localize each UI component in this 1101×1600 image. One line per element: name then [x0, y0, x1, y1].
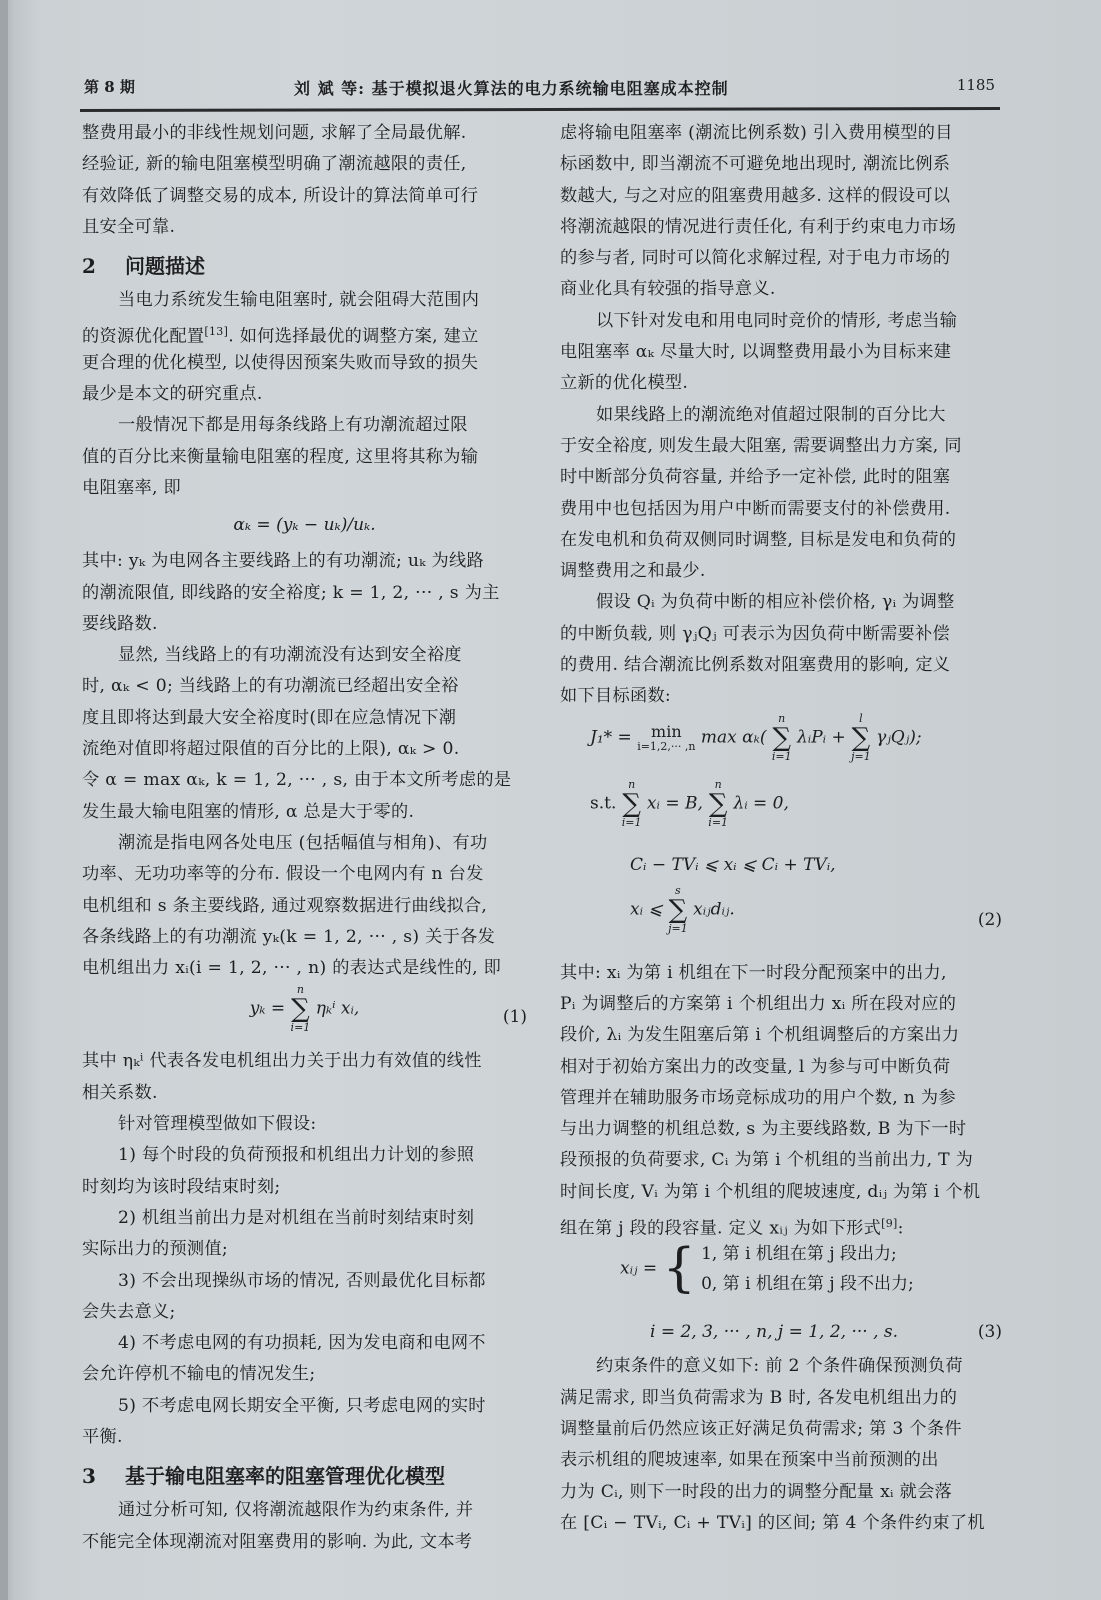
sum-lower: j=1 [851, 750, 871, 763]
text-line: 值的百分比来衡量输电阻塞的程度, 这里将其称为输 [82, 442, 527, 473]
equation-1: yₖ = n ∑ i=1 ηₖⁱ xᵢ, (1) [82, 984, 527, 1046]
sum-lower: i=1 [708, 816, 728, 829]
text-line: 流绝对值即将超过限值的百分比的上限), αₖ > 0. [82, 734, 527, 765]
constraint-4-lhs: xᵢ ⩽ [630, 899, 663, 919]
text-line: 其中: yₖ 为电网各主要线路上的有功潮流; uₖ 为线路 [82, 546, 527, 577]
text-line: 段价, λᵢ 为发生阻塞后第 i 个机组调整后的方案出力 [560, 1020, 1002, 1051]
paragraph: 约束条件的意义如下: 前 2 个条件确保预测负荷 满足需求, 即当负荷需求为 B… [560, 1351, 1002, 1539]
text-line: 组在第 j 段的段容量. 定义 xᵢⱼ 为如下形式[9]: [560, 1208, 1002, 1239]
equation-number: (1) [503, 1002, 527, 1033]
text-line: 时, αₖ < 0; 当线路上的有功潮流已经超出安全裕 [82, 671, 527, 702]
sum-lower: j=1 [668, 922, 688, 935]
min-operator: min i=1,2,··· ,n [637, 723, 695, 753]
text-line: 会失去意义; [82, 1297, 527, 1328]
text-line: 以下针对发电和用电同时竞价的情形, 考虑当输 [560, 306, 1002, 337]
header-rule [80, 107, 1000, 112]
text-line: 针对管理模型做如下假设: [82, 1109, 527, 1140]
text-line: Pᵢ 为调整后的方案第 i 个机组出力 xᵢ 所在段对应的 [560, 989, 1002, 1020]
index-range: i = 2, 3, ··· , n, j = 1, 2, ··· , s. (3… [620, 1315, 1002, 1349]
text-line: 相对于初始方案出力的改变量, l 为参与可中断负荷 [560, 1052, 1002, 1083]
sum-lower: i=1 [622, 816, 642, 829]
text-line: 的费用. 结合潮流比例系数对阻塞费用的影响, 定义 [560, 650, 1002, 681]
sigma-icon: ∑ [851, 725, 871, 751]
paragraph: 潮流是指电网各处电压 (包括幅值与相角)、有功 功率、无功功率等的分布. 假设一… [82, 828, 527, 984]
text-line: 电阻塞率 αₖ 尽量大时, 以调整费用最小为目标来建 [560, 337, 1002, 368]
constraint-2: λᵢ = 0, [733, 793, 788, 813]
text-line: 如果线路上的潮流绝对值超过限制的百分比大 [560, 400, 1002, 431]
text-line: 实际出力的预测值; [82, 1234, 527, 1265]
text-line: 时中断部分负荷容量, 并给予一定补偿, 此时的阻塞 [560, 462, 1002, 493]
page-number: 1185 [957, 76, 995, 94]
left-brace-icon: { [663, 1239, 696, 1299]
objective-max-term: max αₖ( [701, 727, 767, 747]
summation-symbol: s ∑ j=1 [668, 885, 688, 935]
left-column: 整费用最小的非线性规划问题, 求解了全局最优解. 经验证, 新的输电阻塞模型明确… [82, 118, 527, 1558]
summation-symbol: l ∑ j=1 [851, 713, 871, 763]
paragraph: 虑将输电阻塞率 (潮流比例系数) 引入费用模型的目 标函数中, 即当潮流不可避免… [560, 118, 1002, 306]
sigma-icon: ∑ [291, 996, 311, 1022]
paragraph: 其中: xᵢ 为第 i 机组在下一时段分配预案中的出力, Pᵢ 为调整后的方案第… [560, 958, 1002, 1240]
text-line: 于安全裕度, 则发生最大阻塞, 需要调整出力方案, 同 [560, 431, 1002, 462]
summation-symbol: n ∑ i=1 [622, 779, 642, 829]
text-line: 会允许停机不输电的情况发生; [82, 1359, 527, 1390]
objective-function: J₁* = min i=1,2,··· ,n max αₖ( n ∑ i=1 λ… [590, 713, 1002, 779]
paragraph: 一般情况下都是用每条线路上有功潮流超过限 值的百分比来衡量输电阻塞的程度, 这里… [82, 410, 527, 504]
text-span: : [898, 1219, 904, 1239]
equation-3: xᵢⱼ = { 1, 第 i 机组在第 j 段出力; 0, 第 i 机组在第 j… [560, 1239, 1002, 1351]
text-line: 其中 ηₖⁱ 代表各发电机组出力关于出力有效值的线性 [82, 1046, 527, 1077]
text-line: 调整费用之和最少. [560, 556, 1002, 587]
text-line: 经验证, 新的输电阻塞模型明确了潮流越限的责任, [82, 149, 527, 180]
citation-9[interactable]: [9] [881, 1217, 897, 1230]
section-title: 基于输电阻塞率的阻塞管理优化模型 [125, 1464, 445, 1488]
paragraph: 其中: yₖ 为电网各主要线路上的有功潮流; uₖ 为线路 的潮流限值, 即线路… [82, 546, 527, 640]
scanned-page: 第 8 期 刘 斌 等: 基于模拟退火算法的电力系统输电阻塞成本控制 1185 … [0, 0, 1101, 1600]
cases: 1, 第 i 机组在第 j 段出力; 0, 第 i 机组在第 j 段不出力; [701, 1239, 914, 1299]
text-line: 约束条件的意义如下: 前 2 个条件确保预测负荷 [560, 1351, 1002, 1382]
text-line: 潮流是指电网各处电压 (包括幅值与相角)、有功 [82, 828, 527, 859]
case-1: 1, 第 i 机组在第 j 段出力; [701, 1239, 914, 1269]
summation-symbol: n ∑ i=1 [291, 984, 311, 1034]
text-line: 不能完全体现潮流对阻塞费用的影响. 为此, 文本考 [82, 1527, 527, 1558]
text-line: 令 α = max αₖ, k = 1, 2, ··· , s, 由于本文所考虑… [82, 765, 527, 796]
running-title: 刘 斌 等: 基于模拟退火算法的电力系统输电阻塞成本控制 [294, 76, 729, 99]
text-line: 管理并在辅助服务市场竞标成功的用户个数, n 为参 [560, 1083, 1002, 1114]
sigma-icon: ∑ [622, 791, 642, 817]
section-number: 2 [82, 247, 118, 285]
constraint-1: xᵢ = B, [647, 793, 703, 813]
text-span: 的资源优化配置 [82, 327, 204, 347]
text-line: 要线路数. [82, 609, 527, 640]
constraint-4-term: xᵢⱼdᵢⱼ. [693, 899, 735, 919]
text-line: 力为 Cᵢ, 则下一时段的出力的调整分配量 xᵢ 就会落 [560, 1477, 1002, 1508]
text-line: 在 [Cᵢ − TVᵢ, Cᵢ + TVᵢ] 的区间; 第 4 个条件约束了机 [560, 1508, 1002, 1539]
section-heading-3: 3 基于输电阻塞率的阻塞管理优化模型 [82, 1457, 527, 1495]
text-line: 电机组出力 xᵢ(i = 1, 2, ··· , n) 的表达式是线性的, 即 [82, 953, 527, 984]
text-line: 将潮流越限的情况进行责任化, 有利于约束电力市场 [560, 212, 1002, 243]
constraint-3-text: Cᵢ − TVᵢ ⩽ xᵢ ⩽ Cᵢ + TVᵢ, [630, 855, 836, 875]
text-line: 当电力系统发生输电阻塞时, 就会阻碍大范围内 [82, 285, 527, 316]
text-line: 一般情况下都是用每条线路上有功潮流超过限 [82, 410, 527, 441]
text-line: 各条线路上的有功潮流 yₖ(k = 1, 2, ··· , s) 关于各发 [82, 922, 527, 953]
text-line: 段预报的负荷要求, Cᵢ 为第 i 个机组的当前出力, T 为 [560, 1145, 1002, 1176]
right-column: 虑将输电阻塞率 (潮流比例系数) 引入费用模型的目 标函数中, 即当潮流不可避免… [560, 118, 1002, 1539]
text-span: 组在第 j 段的段容量. 定义 xᵢⱼ 为如下形式 [560, 1219, 881, 1239]
paragraph: 其中 ηₖⁱ 代表各发电机组出力关于出力有效值的线性 相关系数. [82, 1046, 527, 1109]
text-line: 立新的优化模型. [560, 368, 1002, 399]
section-heading-2: 2 问题描述 [82, 247, 527, 285]
sigma-icon: ∑ [668, 897, 688, 923]
constraint-4: xᵢ ⩽ s ∑ j=1 xᵢⱼdᵢⱼ. (2) [590, 885, 1002, 951]
text-line: 的资源优化配置[13]. 如何选择最优的调整方案, 建立 [82, 316, 527, 347]
equation-alpha: αₖ = (yₖ − uₖ)/uₖ. [82, 504, 527, 546]
section-number: 3 [82, 1457, 118, 1495]
piecewise-definition: xᵢⱼ = { 1, 第 i 机组在第 j 段出力; 0, 第 i 机组在第 j… [620, 1239, 1002, 1315]
text-line: 数越大, 与之对应的阻塞费用越多. 这样的假设可以 [560, 181, 1002, 212]
text-line: 功率、无功功率等的分布. 假设一个电网内有 n 台发 [82, 859, 527, 890]
text-line: 如下目标函数: [560, 681, 1002, 712]
assumption-4: 4) 不考虑电网的有功损耗, 因为发电商和电网不 [82, 1328, 527, 1359]
section-title: 问题描述 [125, 254, 205, 278]
sum2-term: γⱼQⱼ); [876, 727, 921, 747]
assumption-5: 5) 不考虑电网长期安全平衡, 只考虑电网的实时 [82, 1391, 527, 1422]
text-line: 显然, 当线路上的有功潮流没有达到安全裕度 [82, 640, 527, 671]
sum1-term: λᵢPᵢ + [797, 727, 846, 747]
summation-symbol: n ∑ i=1 [772, 713, 792, 763]
eq3-lhs: xᵢⱼ = [620, 1259, 657, 1279]
sum-lower: i=1 [291, 1021, 311, 1034]
min-subscript: i=1,2,··· ,n [637, 740, 695, 753]
text-line: 标函数中, 即当潮流不可避免地出现时, 潮流比例系 [560, 149, 1002, 180]
subject-to-label: s.t. [590, 793, 616, 813]
objective-lhs: J₁* = [590, 727, 632, 747]
assumption-list: 1) 每个时段的负荷预报和机组出力计划的参照 时刻均为该时段结束时刻; 2) 机… [82, 1140, 527, 1453]
text-line: 更合理的优化模型, 以使得因预案失败而导致的损失 [82, 348, 527, 379]
text-line: 的潮流限值, 即线路的安全裕度; k = 1, 2, ··· , s 为主 [82, 578, 527, 609]
assumption-2: 2) 机组当前出力是对机组在当前时刻结束时刻 [82, 1203, 527, 1234]
min-label: min [637, 723, 695, 741]
eq1-lhs: yₖ = [250, 999, 285, 1019]
text-line: 度且即将达到最大安全裕度时(即在应急情况下潮 [82, 703, 527, 734]
assumption-3: 3) 不会出现操纵市场的情况, 否则最优化目标都 [82, 1266, 527, 1297]
text-line: 费用中也包括因为用户中断而需要支付的补偿费用. [560, 494, 1002, 525]
text-line: 表示机组的爬坡速率, 如果在预案中当前预测的出 [560, 1445, 1002, 1476]
text-line: 的参与者, 同时可以简化求解过程, 对于电力市场的 [560, 243, 1002, 274]
text-line: 有效降低了调整交易的成本, 所设计的算法简单可行 [82, 181, 527, 212]
text-line: 满足需求, 即当负荷需求为 B 时, 各发电机组出力的 [560, 1383, 1002, 1414]
constraint-3: Cᵢ − TVᵢ ⩽ xᵢ ⩽ Cᵢ + TVᵢ, [590, 845, 1002, 885]
equation-number: (3) [978, 1315, 1002, 1349]
text-line: 整费用最小的非线性规划问题, 求解了全局最优解. [82, 118, 527, 149]
text-line: 的中断负载, 则 γⱼQⱼ 可表示为因负荷中断需要补偿 [560, 619, 1002, 650]
text-span: . 如何选择最优的调整方案, 建立 [228, 327, 478, 347]
sigma-icon: ∑ [708, 791, 728, 817]
text-line: 电机组和 s 条主要线路, 通过观察数据进行曲线拟合, [82, 891, 527, 922]
text-line: 商业化具有较强的指导意义. [560, 274, 1002, 305]
text-line: 通过分析可知, 仅将潮流越限作为约束条件, 并 [82, 1495, 527, 1526]
paragraph: 如果线路上的潮流绝对值超过限制的百分比大 于安全裕度, 则发生最大阻塞, 需要调… [560, 400, 1002, 588]
paragraph: 假设 Qᵢ 为负荷中断的相应补偿价格, γᵢ 为调整 的中断负载, 则 γⱼQⱼ… [560, 587, 1002, 712]
constraints-row-1: s.t. n ∑ i=1 xᵢ = B, n ∑ i=1 λᵢ = 0, [590, 779, 1002, 845]
text-line: 虑将输电阻塞率 (潮流比例系数) 引入费用模型的目 [560, 118, 1002, 149]
text-line: 调整量前后仍然应该正好满足负荷需求; 第 3 个条件 [560, 1414, 1002, 1445]
paragraph: 显然, 当线路上的有功潮流没有达到安全裕度 时, αₖ < 0; 当线路上的有功… [82, 640, 527, 828]
text-line: 时刻均为该时段结束时刻; [82, 1172, 527, 1203]
assumption-1: 1) 每个时段的负荷预报和机组出力计划的参照 [82, 1140, 527, 1171]
paragraph: 当电力系统发生输电阻塞时, 就会阻碍大范围内 的资源优化配置[13]. 如何选择… [82, 285, 527, 410]
case-2: 0, 第 i 机组在第 j 段不出力; [701, 1269, 914, 1299]
paragraph: 通过分析可知, 仅将潮流越限作为约束条件, 并 不能完全体现潮流对阻塞费用的影响… [82, 1495, 527, 1558]
citation-13[interactable]: [13] [204, 325, 228, 338]
text-line: 发生最大输电阻塞的情形, α 总是大于零的. [82, 797, 527, 828]
text-line: 时间长度, Vᵢ 为第 i 个机组的爬坡速度, dᵢⱼ 为第 i 个机 [560, 1177, 1002, 1208]
text-line: 电阻塞率, 即 [82, 473, 527, 504]
text-line: 最少是本文的研究重点. [82, 379, 527, 410]
page-edge-shadow [0, 0, 8, 1600]
equation-number: (2) [978, 905, 1002, 936]
eq1-rhs: ηₖⁱ xᵢ, [316, 999, 360, 1019]
summation-symbol: n ∑ i=1 [708, 779, 728, 829]
text-line: 平衡. [82, 1422, 527, 1453]
paragraph-intro-end: 整费用最小的非线性规划问题, 求解了全局最优解. 经验证, 新的输电阻塞模型明确… [82, 118, 527, 243]
paragraph: 以下针对发电和用电同时竞价的情形, 考虑当输 电阻塞率 αₖ 尽量大时, 以调整… [560, 306, 1002, 400]
text-line: 其中: xᵢ 为第 i 机组在下一时段分配预案中的出力, [560, 958, 1002, 989]
sum-lower: i=1 [772, 750, 792, 763]
text-line: 假设 Qᵢ 为负荷中断的相应补偿价格, γᵢ 为调整 [560, 587, 1002, 618]
text-line: 且安全可靠. [82, 212, 527, 243]
running-header: 第 8 期 刘 斌 等: 基于模拟退火算法的电力系统输电阻塞成本控制 1185 [84, 76, 995, 104]
text-line: 与出力调整的机组总数, s 为主要线路数, B 为下一时 [560, 1114, 1002, 1145]
issue-number: 第 8 期 [84, 76, 135, 97]
equation-2: J₁* = min i=1,2,··· ,n max αₖ( n ∑ i=1 λ… [560, 713, 1002, 958]
sigma-icon: ∑ [772, 725, 792, 751]
text-line: 相关系数. [82, 1078, 527, 1109]
text-line: 在发电机和负荷双侧同时调整, 目标是发电和负荷的 [560, 525, 1002, 556]
index-range-text: i = 2, 3, ··· , n, j = 1, 2, ··· , s. [650, 1322, 898, 1342]
